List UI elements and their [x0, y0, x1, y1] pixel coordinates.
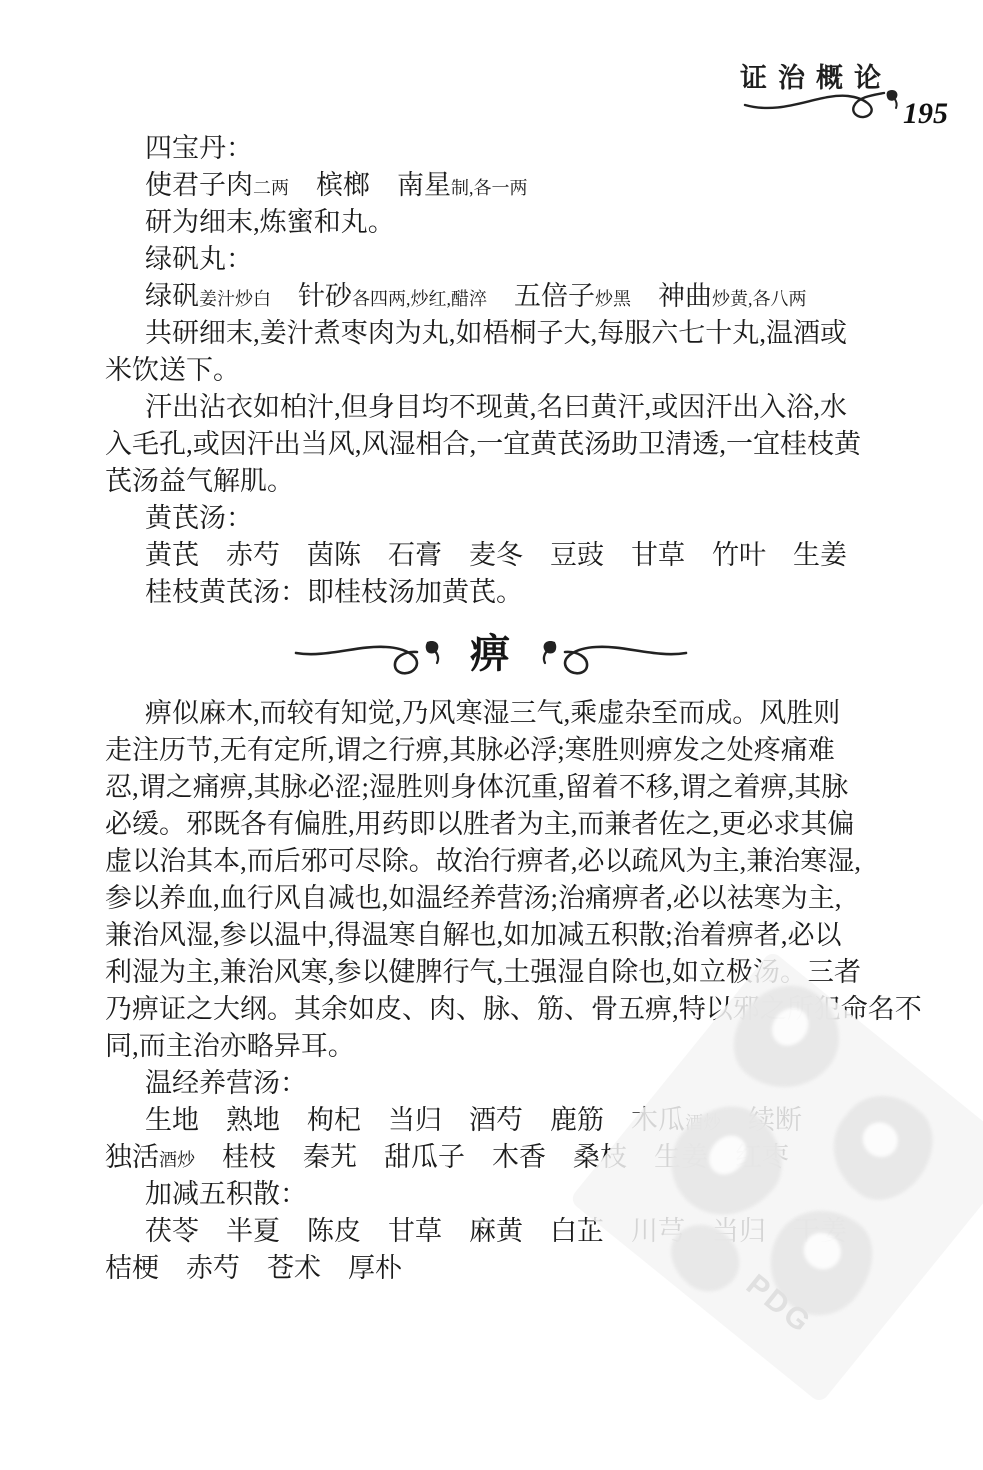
formula-ingredients-huangqitang: 黄芪 赤芍 茵陈 石膏 麦冬 豆豉 甘草 竹叶 生姜 [105, 537, 877, 574]
book-page: 证治概论 195 四宝丹： 使君子肉二两 槟榔 南星制,各一两 研为细末,炼蜜和… [0, 0, 983, 1470]
bi-paragraph-line: 乃痹证之大纲。其余如皮、肉、脉、筋、骨五痹,特以邪之所犯命名不 [105, 991, 877, 1028]
formula-method-lvfanwan-line1: 共研细末,姜汁煮枣肉为丸,如梧桐子大,每服六七十丸,温酒或 [105, 315, 877, 352]
page-content: 四宝丹： 使君子肉二两 槟榔 南星制,各一两 研为细末,炼蜜和丸。 绿矾丸： 绿… [105, 130, 877, 1287]
huanghan-paragraph-line2: 入毛孔,或因汗出当风,风湿相合,一宜黄芪汤助卫清透,一宜桂枝黄 [105, 426, 877, 463]
formula-ingredients-lvfanwan: 绿矾姜汁炒白 针砂各四两,炒红,醋淬 五倍子炒黑 神曲炒黄,各八两 [105, 278, 877, 315]
formula-method-lvfanwan-line2: 米饮送下。 [105, 352, 877, 389]
bi-paragraph-line: 必缓。邪既各有偏胜,用药即以胜者为主,而兼者佐之,更必求其偏 [105, 806, 877, 843]
bi-paragraph-line: 利湿为主,兼治风寒,参以健脾行气,土强湿自除也,如立极汤。三者 [105, 954, 877, 991]
bi-paragraph-line: 同,而主治亦略异耳。 [105, 1028, 877, 1065]
guizhi-huangqitang-note: 桂枝黄芪汤：即桂枝汤加黄芪。 [105, 574, 877, 611]
bi-paragraph-line: 走注历节,无有定所,谓之行痹,其脉必浮;寒胜则痹发之处疼痛难 [105, 732, 877, 769]
formula-ingredients-wenjing-line2: 独活酒炒 桂枝 秦艽 甜瓜子 木香 桑枝 生姜 红枣 [105, 1139, 877, 1176]
page-number: 195 [903, 97, 948, 131]
huanghan-paragraph-line1: 汗出沾衣如柏汁,但身目均不现黄,名曰黄汗,或因汗出入浴,水 [105, 389, 877, 426]
bi-paragraph-line: 虚以治其本,而后邪可尽除。故治行痹者,必以疏风为主,兼治寒湿, [105, 843, 877, 880]
formula-ingredients-sibaodan: 使君子肉二两 槟榔 南星制,各一两 [105, 167, 877, 204]
section-title: 痹 [470, 635, 512, 672]
section-ornament-left-icon [294, 626, 456, 680]
formula-title-lvfanwan: 绿矾丸： [105, 241, 877, 278]
section-ornament-right-icon [526, 626, 688, 680]
formula-title-sibaodan: 四宝丹： [105, 130, 877, 167]
formula-title-huangqitang: 黄芪汤： [105, 500, 877, 537]
bi-paragraph-line: 痹似麻木,而较有知觉,乃风寒湿三气,乘虚杂至而成。风胜则 [105, 695, 877, 732]
formula-title-wenjing: 温经养营汤： [105, 1065, 877, 1102]
formula-ingredients-jiajian-line2: 桔梗 赤芍 苍术 厚朴 [105, 1250, 877, 1287]
formula-title-jiajian: 加减五积散： [105, 1176, 877, 1213]
formula-ingredients-jiajian-line1: 茯苓 半夏 陈皮 甘草 麻黄 白芷 川芎 当归 干姜 [105, 1213, 877, 1250]
formula-ingredients-wenjing-line1: 生地 熟地 枸杞 当归 酒芍 鹿筋 木瓜酒炒 续断 [105, 1102, 877, 1139]
bi-paragraph-line: 参以养血,血行风自减也,如温经养营汤;治痛痹者,必以祛寒为主, [105, 880, 877, 917]
section-heading-bi: 痹 [105, 611, 877, 695]
formula-method-sibaodan: 研为细末,炼蜜和丸。 [105, 204, 877, 241]
header-flourish-ornament [742, 84, 910, 130]
huanghan-paragraph-line3: 芪汤益气解肌。 [105, 463, 877, 500]
bi-paragraph-line: 兼治风湿,参以温中,得温寒自解也,如加减五积散;治着痹者,必以 [105, 917, 877, 954]
bi-paragraph-line: 忍,谓之痛痹,其脉必涩;湿胜则身体沉重,留着不移,谓之着痹,其脉 [105, 769, 877, 806]
